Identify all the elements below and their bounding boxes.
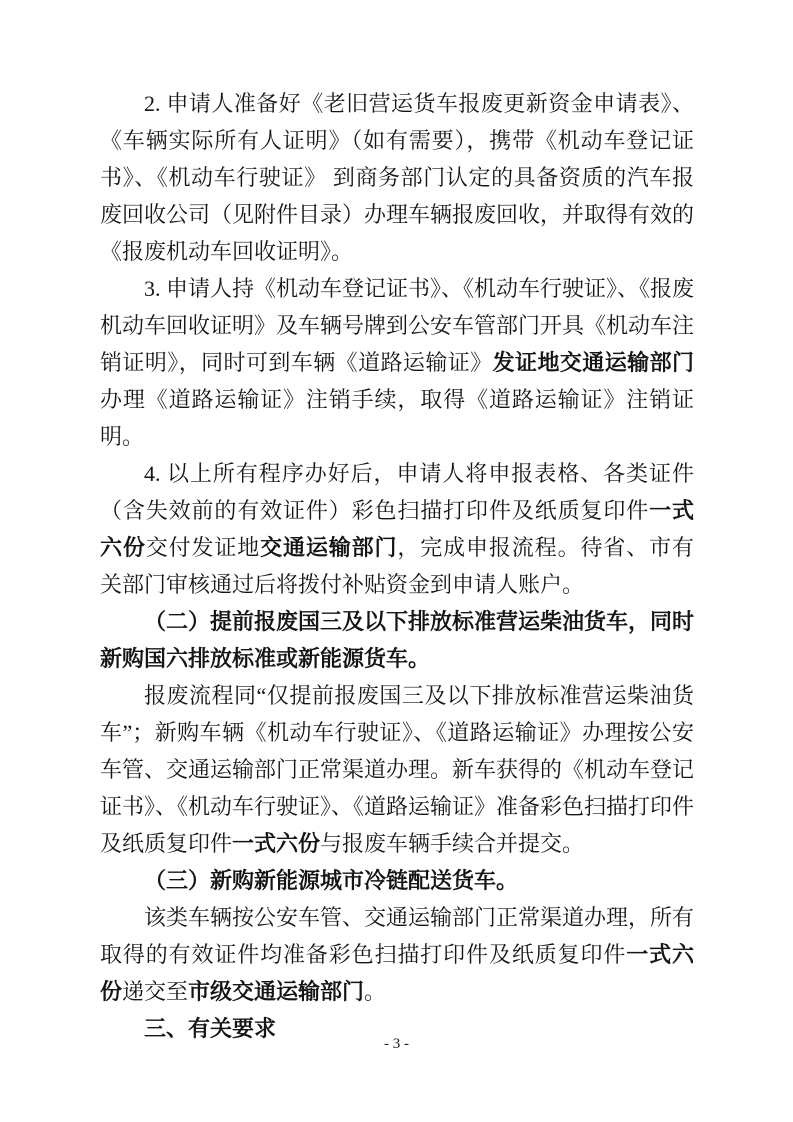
paragraph-step-3-bold-1: 发证地交通运输部门 bbox=[493, 350, 694, 375]
paragraph-step-3: 3. 申请人持《机动车登记证书》、《机动车行驶证》、《报废机动车回收证明》及车辆… bbox=[100, 270, 694, 455]
page-number: - 3 - bbox=[0, 1034, 793, 1054]
paragraph-step-4-bold-2: 交通运输部门 bbox=[260, 535, 397, 560]
paragraph-step-4: 4. 以上所有程序办好后，申请人将申报表格、各类证件（含失效前的有效证件）彩色扫… bbox=[100, 455, 694, 603]
document-page: 2. 申请人准备好《老旧营运货车报废更新资金申请表》、《车辆实际所有人证明》（如… bbox=[0, 0, 793, 1122]
paragraph-step-2: 2. 申请人准备好《老旧营运货车报废更新资金申请表》、《车辆实际所有人证明》（如… bbox=[100, 85, 694, 270]
paragraph-step-3-text-2: 办理《道路运输证》注销手续，取得《道路运输证》注销证明。 bbox=[100, 387, 694, 449]
heading-section-3: （三）新购新能源城市冷链配送货车。 bbox=[100, 862, 694, 899]
paragraph-section-3-body: 该类车辆按公安车管、交通运输部门正常渠道办理，所有取得的有效证件均准备彩色扫描打… bbox=[100, 899, 694, 1010]
paragraph-section-3-text-3: 。 bbox=[364, 979, 386, 1004]
paragraph-step-2-text: 2. 申请人准备好《老旧营运货车报废更新资金申请表》、《车辆实际所有人证明》（如… bbox=[100, 91, 694, 264]
paragraph-step-4-text-2: 交付发证地 bbox=[146, 535, 260, 560]
paragraph-section-3-bold-2: 市级交通运输部门 bbox=[188, 979, 364, 1004]
paragraph-step-4-text-1: 4. 以上所有程序办好后，申请人将申报表格、各类证件（含失效前的有效证件）彩色扫… bbox=[100, 461, 694, 523]
paragraph-section-3-text-2: 递交至 bbox=[122, 979, 188, 1004]
document-body: 2. 申请人准备好《老旧营运货车报废更新资金申请表》、《车辆实际所有人证明》（如… bbox=[100, 85, 694, 1047]
paragraph-section-2-bold-1: 一式六份 bbox=[232, 831, 320, 856]
paragraph-section-2-body: 报废流程同“仅提前报废国三及以下排放标准营运柴油货车”；新购车辆《机动车行驶证》… bbox=[100, 677, 694, 862]
heading-section-2: （二）提前报废国三及以下排放标准营运柴油货车，同时新购国六排放标准或新能源货车。 bbox=[100, 603, 694, 677]
paragraph-section-3-text-1: 该类车辆按公安车管、交通运输部门正常渠道办理，所有取得的有效证件均准备彩色扫描打… bbox=[100, 905, 694, 967]
paragraph-section-2-text-2: 与报废车辆手续合并提交。 bbox=[320, 831, 584, 856]
